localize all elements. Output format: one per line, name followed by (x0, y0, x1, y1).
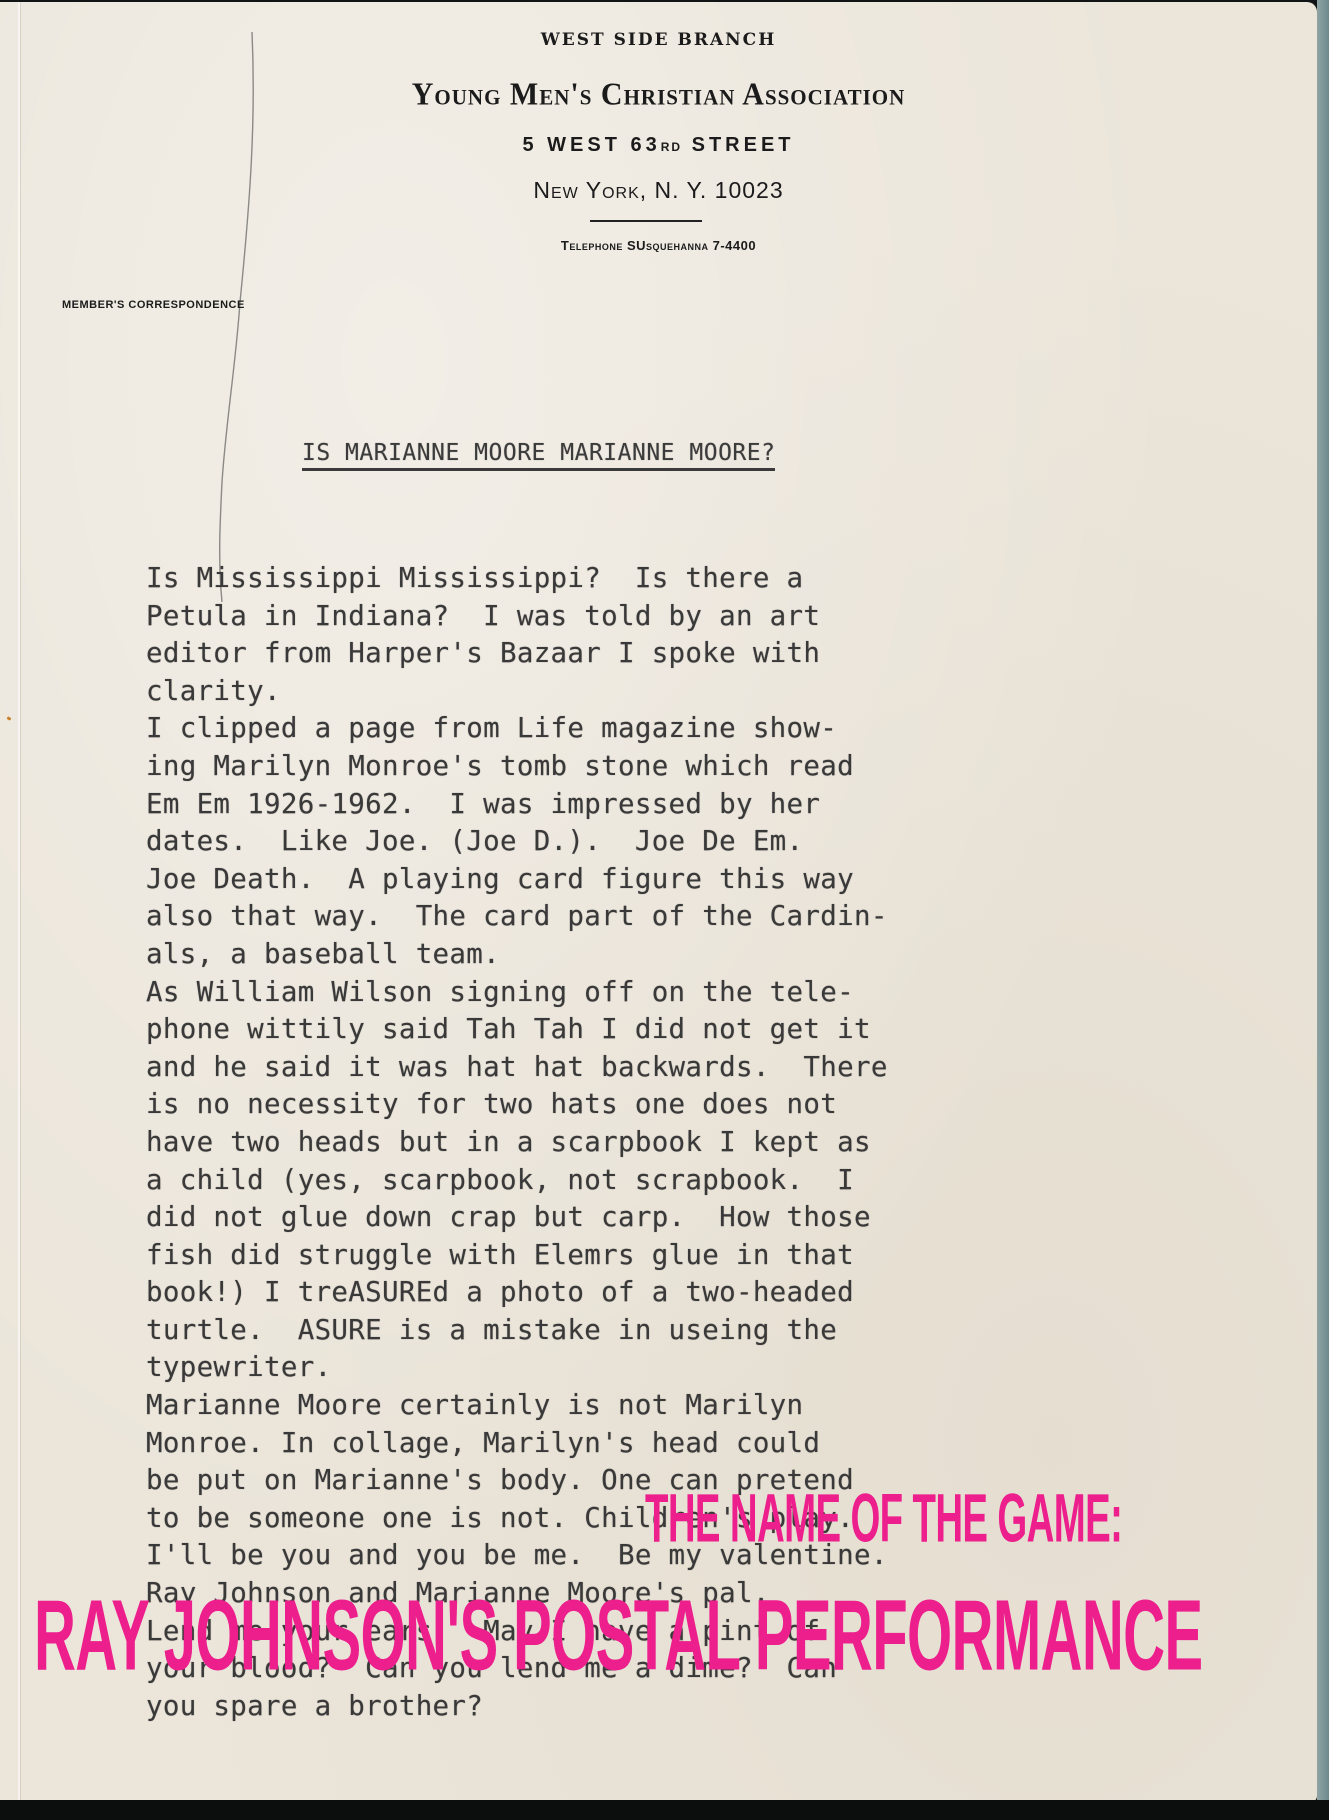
letter-title: IS MARIANNE MOORE MARIANNE MOORE? (302, 440, 775, 471)
letter-line: is no necessity for two hats one does no… (146, 1086, 1246, 1124)
member-correspondence-label: MEMBER'S CORRESPONDENCE (62, 299, 245, 311)
street-number: 5 WEST 63 (522, 134, 660, 156)
letter-line: fish did struggle with Elemrs glue in th… (146, 1237, 1246, 1275)
letter-line: and he said it was hat hat backwards. Th… (146, 1049, 1246, 1087)
letterhead-divider (590, 220, 702, 222)
scan-background (0, 1800, 1329, 1820)
cover-title-line1: THE NAME OF THE GAME: (645, 1484, 1122, 1553)
letter-line: I clipped a page from Life magazine show… (146, 710, 1246, 748)
street-word: STREET (692, 134, 795, 156)
street-address: 5 WEST 63RD STREET (0, 134, 1317, 157)
letter-line: editor from Harper's Bazaar I spoke with (146, 635, 1246, 673)
book-edge (1317, 0, 1329, 1820)
letter-line: As William Wilson signing off on the tel… (146, 974, 1246, 1012)
letter-line: Petula in Indiana? I was told by an art (146, 598, 1246, 636)
letter-line: turtle. ASURE is a mistake in useing the (146, 1312, 1246, 1350)
letter-line: did not glue down crap but carp. How tho… (146, 1199, 1246, 1237)
letter-line: Joe Death. A playing card figure this wa… (146, 861, 1246, 899)
letter-line: Marianne Moore certainly is not Marilyn (146, 1387, 1246, 1425)
spine-crease (18, 2, 20, 1802)
branch-name: WEST SIDE BRANCH (0, 30, 1317, 50)
letter-line: phone wittily said Tah Tah I did not get… (146, 1011, 1246, 1049)
city-line: New York, N. Y. 10023 (0, 177, 1317, 204)
letter-line: you spare a brother? (146, 1688, 1246, 1726)
letter-line: als, a baseball team. (146, 936, 1246, 974)
letter-line: ing Marilyn Monroe's tomb stone which re… (146, 748, 1246, 786)
letter-line: clarity. (146, 673, 1246, 711)
letter-line: Is Mississippi Mississippi? Is there a (146, 560, 1246, 598)
letter-line: also that way. The card part of the Card… (146, 898, 1246, 936)
organization-name: Young Men's Christian Association (0, 77, 1317, 113)
letter-line: Monroe. In collage, Marilyn's head could (146, 1425, 1246, 1463)
letter-line: Em Em 1926-1962. I was impressed by her (146, 786, 1246, 824)
letter-line: typewriter. (146, 1349, 1246, 1387)
letter-line: a child (yes, scarpbook, not scrapbook. … (146, 1162, 1246, 1200)
paper-speck (7, 716, 12, 721)
letter-line: book!) I treASUREd a photo of a two-head… (146, 1274, 1246, 1312)
street-suffix: RD (661, 140, 682, 154)
cover-title-line2: RAY JOHNSON'S POSTAL PERFORMANCE (34, 1585, 1202, 1685)
letter-line: dates. Like Joe. (Joe D.). Joe De Em. (146, 823, 1246, 861)
letter-line: have two heads but in a scarpbook I kept… (146, 1124, 1246, 1162)
telephone-line: Telephone SUsquehanna 7-4400 (0, 238, 1317, 253)
